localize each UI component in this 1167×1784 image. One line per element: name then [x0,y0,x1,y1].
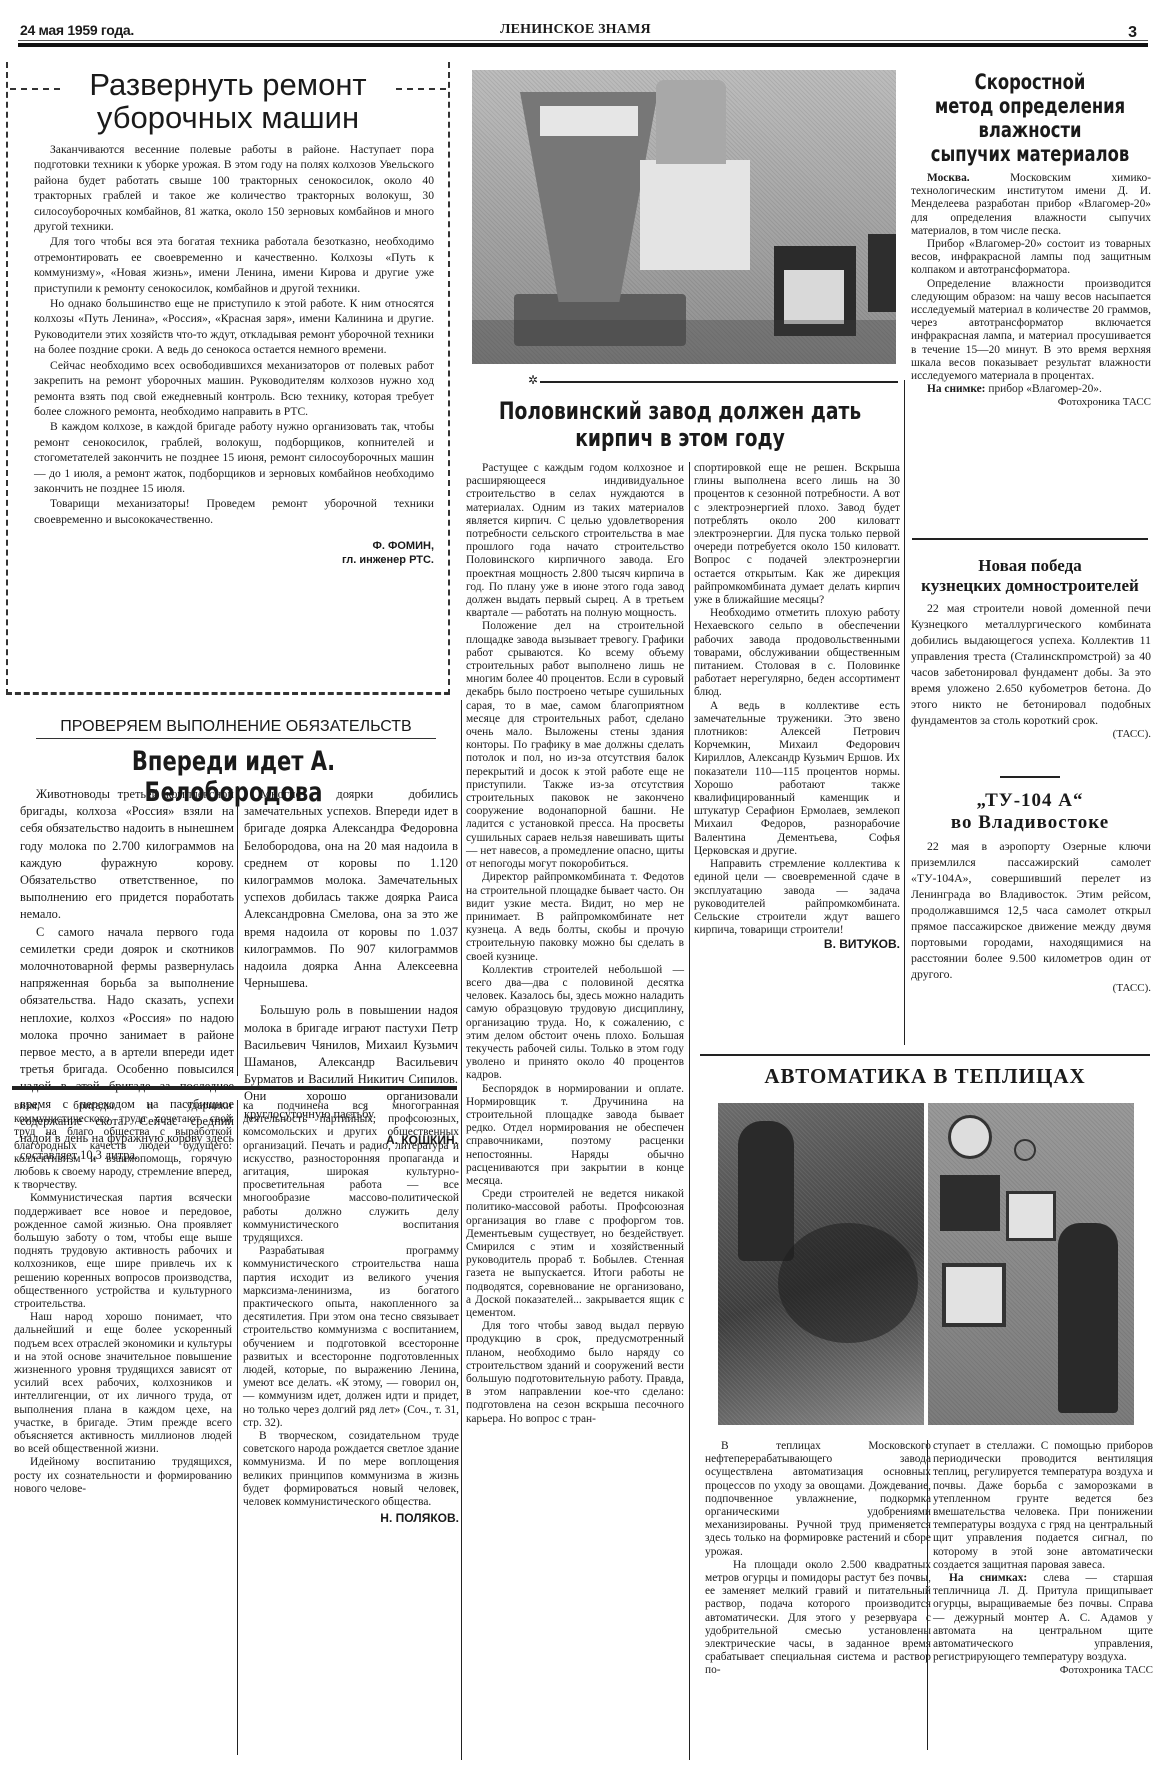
paragraph: 22 мая в аэропорту Озерные ключи приземл… [911,838,1151,982]
column-divider [689,462,690,1760]
section-divider [12,1086,457,1090]
photo-caption: На снимке: прибор «Влагомер-20». [911,383,1151,396]
paragraph: В творческом, созидательном труде советс… [243,1430,459,1509]
photo-credit: Фотохроника ТАСС [911,396,1151,409]
article-vlagomer-body: Москва. Московским химико-технологически… [911,172,1151,409]
plant-leaves [778,1223,918,1343]
section-divider [912,538,1148,540]
paragraph: Коммунистическая партия всячески поддерж… [14,1192,232,1311]
article-beloborodova: ПРОВЕРЯЕМ ВЫПОЛНЕНИЕ ОБЯЗАТЕЛЬСТВ Вперед… [6,700,461,1080]
paragraph: ступает в стеллажи. С помощью приборов п… [933,1440,1153,1572]
paragraph: Для того чтобы завод выдал первую продук… [466,1320,684,1426]
source-tass: (ТАСС). [911,982,1151,995]
paragraph: Заканчиваются весенние полевые работы в … [34,142,434,234]
masthead-rule-thick [18,43,1148,47]
paragraph: Среди строителей не ведется никакой поли… [466,1188,684,1320]
paragraph: Москва. Московским химико-технологически… [911,172,1151,238]
issue-date: 24 мая 1959 года. [20,22,134,38]
article-tu104-title: „ТУ-104 А“ во Владивостоке [900,790,1160,834]
paragraph: Коллектив строителей небольшой — всего д… [466,964,684,1083]
paragraph: Многие доярки добились замечательных усп… [244,786,458,992]
source-tass: (ТАСС). [911,728,1151,741]
table-surface [472,320,896,364]
section-divider [700,1054,1150,1056]
author-title: гл. инженер РТС. [34,553,434,567]
photo-caption: На снимках: слева — старшая тепличница Л… [933,1572,1153,1664]
article-brick-title: Половинский завод должен дать кирпич в э… [493,398,867,452]
rubric: ПРОВЕРЯЕМ ВЫПОЛНЕНИЕ ОБЯЗАТЕЛЬСТВ [36,718,436,739]
dark-box [868,234,896,312]
article-communism-col2: ка подчинена вся многогранная деятельнос… [243,1100,459,1525]
paragraph: Беспорядок в нормировании и оплате. Норм… [466,1083,684,1189]
paragraph: Прибор «Влагомер-20» состоит из товарных… [911,238,1151,278]
paragraph: Положение дел на строительной площадке з… [466,620,684,871]
article-greenhouse-col1: В теплицах Московского нефтеперерабатыва… [705,1440,931,1678]
article-brick-col1: Растущее с каждым годом колхозное и расш… [466,462,684,1426]
photo-credit: Фотохроника ТАСС [933,1664,1153,1677]
paragraph: Определение влажности производится следу… [911,278,1151,384]
author-name: Н. ПОЛЯКОВ. [243,1511,459,1525]
photo-greenhouse-right [928,1103,1134,1425]
paragraph: В каждом колхозе, в каждой бригаде работ… [34,419,434,496]
paragraph: ка подчинена вся многогранная деятельнос… [243,1100,459,1245]
dateline: Москва. [927,172,970,184]
photo-vlagomer-device [472,70,896,364]
worker-figure [738,1121,794,1261]
paragraph: Разрабатывая программу коммунистического… [243,1245,459,1430]
column-2: Многие доярки добились замечательных усп… [244,786,458,1147]
article-vlagomer-title: Скоростной метод определения влажности с… [921,70,1139,166]
paragraph: Необходимо отметить плохую работу Нехаев… [694,607,900,699]
paragraph: Для того чтобы вся эта богатая техника р… [34,234,434,296]
dial-window [540,106,638,136]
article-brick-col2: спортировкой еще не решен. Вскрыша глины… [694,462,900,951]
paragraph: Идейному воспитанию трудящихся, росту их… [14,1456,232,1496]
photo-greenhouse-left [718,1103,924,1425]
paragraph: Директор райпромкомбината т. Федотов на … [466,871,684,963]
control-panel-top [940,1175,1000,1231]
article-kuznetsk-title: Новая победа кузнецких домностроителей [900,556,1160,596]
operator-figure [1058,1223,1118,1413]
column-divider [237,786,238,1076]
transformer-face [784,270,844,324]
ornament-rule [540,381,898,383]
paragraph: Сейчас необходимо всех освободившихся ме… [34,358,434,420]
article-harvester-repair: Развернуть ремонт уборочных машин Заканч… [6,62,450,695]
paragraph: Товарищи механизаторы! Проведем ремонт у… [34,496,434,527]
paragraph: Животноводы третьей комплексной бригады,… [20,786,234,924]
article-kuznetsk-body: 22 мая строители новой доменной печи Куз… [911,600,1151,741]
column-divider [237,1100,238,1755]
newspaper-name: ЛЕНИНСКОЕ ЗНАМЯ [500,22,651,38]
paragraph: На площади около 2.500 квадратных метров… [705,1559,931,1678]
article-communism-col1: визм, бригады и ударники коммунистическо… [14,1100,232,1496]
article-greenhouse-title: АВТОМАТИКА В ТЕПЛИЦАХ [700,1064,1150,1089]
wall-clock [948,1115,992,1159]
article-tu104-body: 22 мая в аэропорту Озерные ключи приземл… [911,838,1151,995]
author-name: Ф. ФОМИН, [34,539,434,553]
column-divider [927,1440,928,1750]
paragraph: 22 мая строители новой доменной печи Куз… [911,600,1151,728]
paragraph: Направить стремление коллектива к единой… [694,858,900,937]
recorder-bottom [942,1263,1006,1327]
article-body: Заканчиваются весенние полевые работы в … [34,142,434,567]
paragraph: А ведь в коллективе есть замечательные т… [694,700,900,858]
paragraph: В теплицах Московского нефтеперерабатыва… [705,1440,931,1559]
author-name: В. ВИТУКОВ. [694,937,900,951]
paragraph: спортировкой еще не решен. Вскрыша глины… [694,462,900,607]
paragraph: визм, бригады и ударники коммунистическо… [14,1100,232,1192]
column-divider [904,380,905,1045]
star-ornament-icon: ✲ [528,373,538,388]
short-divider [1000,776,1060,778]
article-greenhouse-col2: ступает в стеллажи. С помощью приборов п… [933,1440,1153,1677]
recorder-top [1006,1191,1056,1241]
masthead-rule-thin [18,40,1148,41]
gauge [1014,1139,1036,1161]
lamp-hood [640,160,750,270]
paragraph: Наш народ хорошо понимает, что дальнейши… [14,1311,232,1456]
article-title: Развернуть ремонт уборочных машин [8,68,448,134]
lamp-top [656,80,726,164]
paragraph: Растущее с каждым годом колхозное и расш… [466,462,684,620]
paragraph: Но однако большинство еще не приступило … [34,296,434,358]
page-column-divider [461,700,462,1760]
